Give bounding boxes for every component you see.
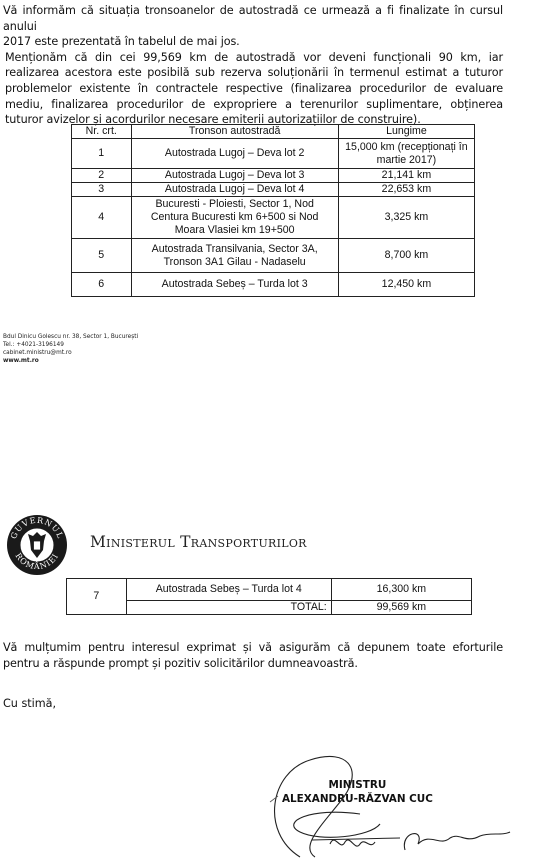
- table-row: 3 Autostrada Lugoj – Deva lot 4 22,653 k…: [72, 183, 475, 197]
- intro-line-1: Vă informăm că situația tronsoanelor de …: [3, 3, 503, 34]
- intro-paragraph: Vă informăm că situația tronsoanelor de …: [3, 3, 503, 128]
- row-nr: 5: [72, 239, 132, 273]
- total-label: TOTAL:: [126, 601, 331, 615]
- row-lungime: 15,000 km (recepționați în martie 2017): [338, 139, 474, 169]
- row-nr: 7: [67, 579, 127, 615]
- signatory-title: MINISTRU: [282, 778, 433, 792]
- row-nr: 2: [72, 169, 132, 183]
- header-lungime: Lungime: [338, 125, 474, 139]
- page-footer: Bdul Dinicu Golescu nr. 38, Sector 1, Bu…: [3, 333, 138, 365]
- row-lungime: 12,450 km: [338, 273, 474, 297]
- intro-paragraph-2: Menționăm că din cei 99,569 km de autost…: [3, 50, 503, 128]
- signatory-block: MINISTRU ALEXANDRU-RĂZVAN CUC: [282, 778, 433, 806]
- row-nr: 4: [72, 197, 132, 239]
- table-row: 2 Autostrada Lugoj – Deva lot 3 21,141 k…: [72, 169, 475, 183]
- row-lungime: 16,300 km: [331, 579, 471, 601]
- table-row: 1 Autostrada Lugoj – Deva lot 2 15,000 k…: [72, 139, 475, 169]
- footer-address: Bdul Dinicu Golescu nr. 38, Sector 1, Bu…: [3, 333, 138, 341]
- row-tronson: Bucuresti - Ploiesti, Sector 1, Nod Cent…: [131, 197, 338, 239]
- row-lungime: 3,325 km: [338, 197, 474, 239]
- footer-email[interactable]: cabinet.ministru@mt.ro: [3, 349, 138, 357]
- table-row: 5 Autostrada Transilvania, Sector 3A, Tr…: [72, 239, 475, 273]
- header-tronson: Tronson autostradă: [131, 125, 338, 139]
- intro-line-2: 2017 este prezentată în tabelul de mai j…: [3, 34, 503, 50]
- ministry-name: Ministerul Transporturilor: [90, 533, 307, 551]
- table-row: 4 Bucuresti - Ploiesti, Sector 1, Nod Ce…: [72, 197, 475, 239]
- row-lungime: 8,700 km: [338, 239, 474, 273]
- row-tronson: Autostrada Sebeș – Turda lot 4: [126, 579, 331, 601]
- row-tronson: Autostrada Lugoj – Deva lot 2: [131, 139, 338, 169]
- footer-phone: Tel.: +4021-3196149: [3, 341, 138, 349]
- row-tronson: Autostrada Transilvania, Sector 3A, Tron…: [131, 239, 338, 273]
- row-tronson: Autostrada Lugoj – Deva lot 3: [131, 169, 338, 183]
- total-value: 99,569 km: [331, 601, 471, 615]
- table-header-row: Nr. crt. Tronson autostradă Lungime: [72, 125, 475, 139]
- closing-paragraph: Vă mulțumim pentru interesul exprimat și…: [3, 640, 503, 671]
- row-lungime: 22,653 km: [338, 183, 474, 197]
- highway-sections-table: Nr. crt. Tronson autostradă Lungime 1 Au…: [71, 124, 475, 297]
- header-nr: Nr. crt.: [72, 125, 132, 139]
- table-row: 7 Autostrada Sebeș – Turda lot 4 16,300 …: [67, 579, 472, 601]
- row-nr: 6: [72, 273, 132, 297]
- signatory-name: ALEXANDRU-RĂZVAN CUC: [282, 792, 433, 806]
- closing-regards: Cu stimă,: [3, 697, 56, 710]
- row-nr: 1: [72, 139, 132, 169]
- row-lungime: 21,141 km: [338, 169, 474, 183]
- row-tronson: Autostrada Lugoj – Deva lot 4: [131, 183, 338, 197]
- government-emblem-icon: GUVERNUL ROMÂNIEI: [6, 514, 68, 576]
- row-tronson: Autostrada Sebeș – Turda lot 3: [131, 273, 338, 297]
- table-row: 6 Autostrada Sebeș – Turda lot 3 12,450 …: [72, 273, 475, 297]
- ministry-name-text: Ministerul Transporturilor: [90, 533, 307, 551]
- table-total-row: TOTAL: 99,569 km: [67, 601, 472, 615]
- highway-sections-table-continued: 7 Autostrada Sebeș – Turda lot 4 16,300 …: [66, 578, 472, 615]
- row-nr: 3: [72, 183, 132, 197]
- footer-website[interactable]: www.mt.ro: [3, 357, 138, 365]
